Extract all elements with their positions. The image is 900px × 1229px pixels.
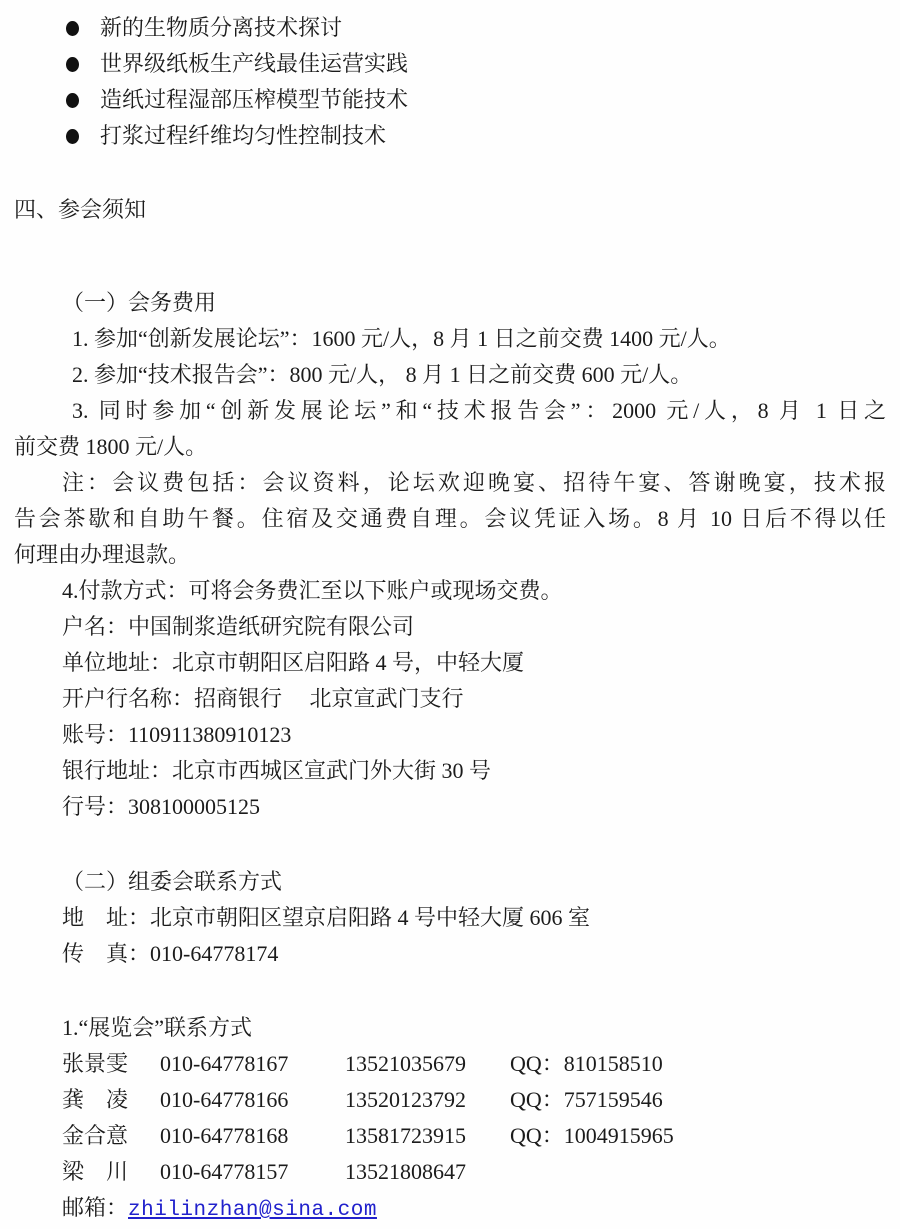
contact-mobile: 13521808647 [345, 1154, 510, 1190]
topic-bullet-item: 世界级纸板生产线最佳运营实践 [14, 46, 886, 82]
fees-item-1: 1. 参加“创新发展论坛”：1600 元/人，8 月 1 日之前交费 1400 … [14, 321, 886, 357]
fees-item-3-line-1: 3. 同时参加“创新发展论坛”和“技术报告会”：2000 元/人，8 月 1 日… [14, 393, 886, 429]
contact-mobile: 13581723915 [345, 1118, 510, 1154]
spacer [14, 228, 886, 285]
company-address-line: 单位地址：北京市朝阳区启阳路 4 号，中轻大厦 [14, 645, 886, 681]
spacer [14, 972, 886, 1010]
contact-qq: QQ：810158510 [510, 1046, 886, 1082]
email-line: 邮箱：zhilinzhan@sina.com [14, 1190, 886, 1226]
bullet-icon [66, 21, 79, 36]
contact-name: 龚 凌 [62, 1082, 160, 1118]
contact-qq: QQ：1004915965 [510, 1118, 886, 1154]
contact-phone: 010-64778168 [160, 1118, 345, 1154]
topic-bullet-text: 造纸过程湿部压榨模型节能技术 [100, 82, 408, 118]
spacer [14, 825, 886, 864]
fees-item-2: 2. 参加“技术报告会”：800 元/人， 8 月 1 日之前交费 600 元/… [14, 357, 886, 393]
topic-bullet-text: 世界级纸板生产线最佳运营实践 [100, 46, 408, 82]
exhibition-heading: 1.“展览会”联系方式 [14, 1010, 886, 1046]
document-page: 新的生物质分离技术探讨 世界级纸板生产线最佳运营实践 造纸过程湿部压榨模型节能技… [0, 0, 900, 1229]
contact-qq [510, 1154, 886, 1190]
contact-name: 金合意 [62, 1118, 160, 1154]
topic-bullet-text: 新的生物质分离技术探讨 [100, 10, 342, 46]
fees-item-3-line-2: 前交费 1800 元/人。 [14, 429, 886, 465]
bank-name-line: 开户行名称：招商银行 北京宣武门支行 [14, 681, 886, 717]
contact-row: 金合意 010-64778168 13581723915 QQ：10049159… [14, 1118, 886, 1154]
payment-method-line: 4.付款方式：可将会务费汇至以下账户或现场交费。 [14, 573, 886, 609]
fees-note-line-3: 何理由办理退款。 [14, 537, 886, 573]
spacer [14, 154, 886, 192]
email-link[interactable]: zhilinzhan@sina.com [128, 1199, 377, 1222]
topic-bullet-item: 打浆过程纤维均匀性控制技术 [14, 118, 886, 154]
bank-code-line: 行号：308100005125 [14, 789, 886, 825]
contact-name: 张景雯 [62, 1046, 160, 1082]
fees-note-line-2: 告会茶歇和自助午餐。住宿及交通费自理。会议凭证入场。8 月 10 日后不得以任 [14, 501, 886, 537]
fees-heading: （一）会务费用 [14, 285, 886, 321]
contact-name: 梁 川 [62, 1154, 160, 1190]
email-label: 邮箱： [62, 1195, 128, 1220]
committee-fax-line: 传 真：010-64778174 [14, 936, 886, 972]
bullet-icon [66, 93, 79, 108]
topic-bullet-text: 打浆过程纤维均匀性控制技术 [100, 118, 386, 154]
contact-row: 梁 川 010-64778157 13521808647 [14, 1154, 886, 1190]
contact-phone: 010-64778157 [160, 1154, 345, 1190]
contact-mobile: 13521035679 [345, 1046, 510, 1082]
committee-address-line: 地 址：北京市朝阳区望京启阳路 4 号中轻大厦 606 室 [14, 900, 886, 936]
contact-row: 张景雯 010-64778167 13521035679 QQ：81015851… [14, 1046, 886, 1082]
contact-phone: 010-64778166 [160, 1082, 345, 1118]
topic-bullet-item: 新的生物质分离技术探讨 [14, 10, 886, 46]
contact-qq: QQ：757159546 [510, 1082, 886, 1118]
account-name-line: 户名：中国制浆造纸研究院有限公司 [14, 609, 886, 645]
topic-bullet-item: 造纸过程湿部压榨模型节能技术 [14, 82, 886, 118]
account-number-line: 账号：110911380910123 [14, 717, 886, 753]
fees-note-line-1: 注：会议费包括：会议资料，论坛欢迎晚宴、招待午宴、答谢晚宴，技术报 [14, 465, 886, 501]
contact-phone: 010-64778167 [160, 1046, 345, 1082]
bullet-icon [66, 129, 79, 144]
contact-row: 龚 凌 010-64778166 13520123792 QQ：75715954… [14, 1082, 886, 1118]
contact-mobile: 13520123792 [345, 1082, 510, 1118]
committee-heading: （二）组委会联系方式 [14, 864, 886, 900]
bank-address-line: 银行地址：北京市西城区宣武门外大街 30 号 [14, 753, 886, 789]
bullet-icon [66, 57, 79, 72]
section4-heading: 四、参会须知 [14, 192, 886, 228]
